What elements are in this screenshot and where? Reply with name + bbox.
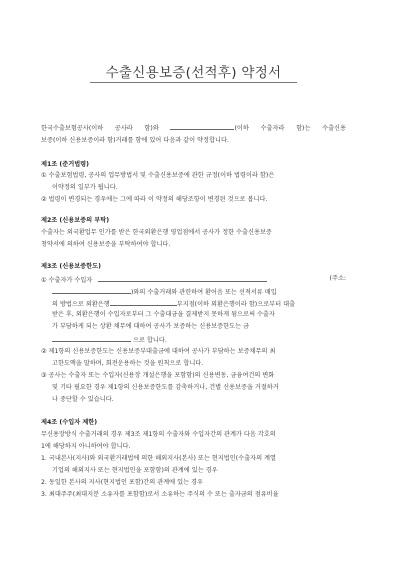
document-title: 수출신용보증(선적후) 약정서 [90, 64, 297, 82]
intro-text-b: (이하 수출자라 함)는 수출신용 [234, 125, 346, 132]
article-3-heading: 제3조 (신용보증한도) [41, 263, 101, 271]
article-3-text: 으로 합니다. [133, 337, 167, 344]
article-1-line: ① 수출보험법령, 공사의 업무방법서 및 수출신용보증에 관한 규정(이하 법… [41, 172, 274, 180]
intro-text-a: 한국수출보험공사(이하 공사라 함)와 [41, 125, 159, 132]
article-3-text: 의 방법으로 외환은행 [52, 301, 110, 308]
article-3-line: 및 기타 필요한 경우 제1항의 신용보증한도를 감축하거나, 건별 신용보증을… [52, 384, 279, 392]
article-1-heading: 제1조 (준거법령) [41, 161, 89, 169]
article-3-item-1-line-5: 가 부담하게 되는 상환 채무에 대하여 공사가 보증하는 신용보증한도는 금 [52, 323, 249, 331]
article-1-line: 이약정의 일부가 됩니다. [52, 184, 118, 192]
title-underline [90, 82, 297, 83]
article-3-line: 고한도액을 말하며, 회전운용하는 것을 원칙으로 합니다. [52, 360, 203, 368]
contract-page: 수출신용보증(선적후) 약정서 한국수출보험공사(이하 공사라 함)와 (이하 … [0, 0, 400, 566]
article-4-line: 기업의 해외지사 또는 현지법인을 포함함)의 관계에 있는 경우 [52, 467, 218, 475]
exporter-name-blank[interactable] [170, 123, 234, 130]
article-3-text: )와의 수출거래와 관련하여 환어음 또는 선적서류 매입 [131, 289, 277, 296]
intro-line-1: 한국수출보험공사(이하 공사라 함)와 (이하 수출자라 함)는 수출신용 [41, 123, 346, 133]
address-label: (주소: [330, 275, 346, 283]
article-3-line: ② 제1항의 신용보증한도는 신용보증부대출금에 대하여 공사가 부담하는 보증… [41, 348, 275, 356]
article-3-line: 나 중단할 수 있습니다. [52, 396, 114, 404]
bank-branch-blank[interactable] [110, 299, 177, 306]
article-3-text: ① 수출자가 수입자 [41, 277, 92, 284]
article-1-line: ② 법령이 변경되는 경우에는 그에 따라 이 약정의 해당조항이 변경된 것으… [41, 196, 267, 204]
article-3-line: ③ 공사는 수출자 또는 수입자(신용장 개설은행을 포함함)의 신용변동, 금… [41, 372, 274, 380]
article-2-heading: 제2조 (신용보증의 부탁) [41, 217, 109, 225]
article-4-line: 2. 동일한 본사의 지사(현지법인 포함)간의 관계에 있는 경우 [41, 479, 203, 487]
article-3-item-1-line-3: 의 방법으로 외환은행부지점(이하 외환은행이라 함)으로부터 대출 [52, 299, 295, 309]
intro-line-2: 보증(이하 신용보증이라 함)거래를 함에 있어 다음과 같이 약정합니다. [41, 137, 229, 145]
article-4-line: 1에 해당하지 아니하여야 합니다. [41, 443, 131, 451]
article-4-heading: 제4조 (수입자 제한) [41, 419, 97, 427]
article-4-line: 무신용장방식 수출거래의 경우 제3조 제1항의 수출자와 수입자간의 관계가 … [41, 431, 276, 439]
article-3-item-1-line-4: 받은 후, 외환은행이 수입자로부터 그 수출대금을 결제받지 못하게 됨으로써… [52, 311, 275, 319]
article-4-line: 3. 최대주주(최대지분 소유자를 포함함)로서 소유하는 주식의 수 또는 출… [41, 491, 279, 499]
article-2-line: 청약서에 의하여 신용보증을 부탁하여야 합니다. [41, 241, 170, 249]
guarantee-limit-amount-blank[interactable] [52, 335, 131, 342]
article-4-line: 1. 국내본사(지사)와 외국환거래법에 의한 해외지사(본사) 또는 현지법인… [41, 455, 276, 463]
article-3-item-1-line-1: ① 수출자가 수입자 (주소: [41, 275, 346, 285]
importer-address-blank[interactable] [52, 287, 131, 294]
article-3-item-1-line-2: )와의 수출거래와 관련하여 환어음 또는 선적서류 매입 [52, 287, 277, 297]
importer-name-blank[interactable] [98, 275, 267, 282]
article-3-item-1-line-6: 으로 합니다. [52, 335, 167, 345]
article-2-line: 수출자는 외국환업무 인가를 받은 한국외환은행 영업점에서 공사가 정한 수출… [41, 229, 272, 237]
article-3-text: 부지점(이하 외환은행이라 함)으로부터 대출 [177, 301, 295, 308]
